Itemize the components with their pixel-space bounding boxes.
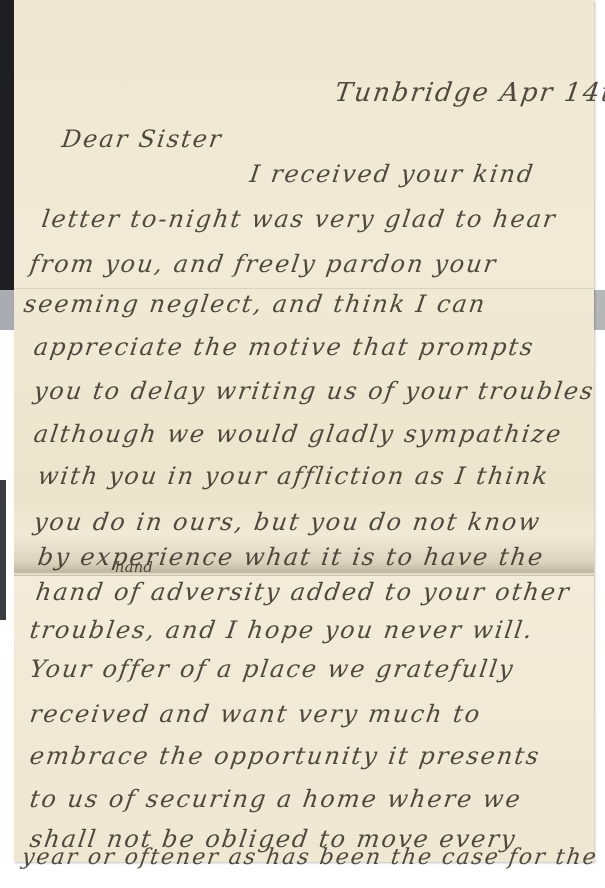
letter-line: to us of securing a home where we bbox=[28, 785, 524, 813]
letter-line: you do in ours, but you do not know bbox=[32, 508, 543, 536]
letter-place-date: Tunbridge Apr 14th /85 bbox=[333, 78, 605, 108]
letter-line: although we would gladly sympathize bbox=[32, 420, 564, 448]
scan-background-gray bbox=[0, 290, 14, 330]
paper-crease bbox=[14, 288, 594, 289]
letter-line: received and want very much to bbox=[28, 700, 483, 728]
letter-line: embrace the opportunity it presents bbox=[28, 742, 542, 770]
letter-line: by experience what it is to have the bbox=[36, 543, 546, 571]
paper-fold-line bbox=[14, 575, 594, 576]
letter-line: troubles, and I hope you never will. bbox=[28, 616, 536, 644]
scan-background-dark-lower bbox=[0, 480, 6, 620]
letter-line: I received your kind bbox=[248, 160, 536, 188]
scan-background-dark bbox=[0, 0, 14, 330]
scan-background-right bbox=[593, 290, 605, 330]
letter-line: letter to-night was very glad to hear bbox=[40, 205, 559, 233]
letter-insertion: hand bbox=[115, 558, 153, 576]
letter-line: hand of adversity added to your other bbox=[34, 578, 573, 606]
letter-line: seeming neglect, and think I can bbox=[22, 290, 488, 318]
letter-line: year or oftener as has been the case for… bbox=[20, 845, 599, 870]
letter-line: from you, and freely pardon your bbox=[28, 250, 499, 278]
letter-line: appreciate the motive that prompts bbox=[32, 333, 536, 361]
letter-line: Your offer of a place we gratefully bbox=[28, 655, 516, 683]
letter-line: you to delay writing us of your troubles bbox=[32, 377, 596, 405]
letter-salutation: Dear Sister bbox=[60, 125, 225, 153]
letter-line: with you in your affliction as I think bbox=[36, 462, 551, 490]
